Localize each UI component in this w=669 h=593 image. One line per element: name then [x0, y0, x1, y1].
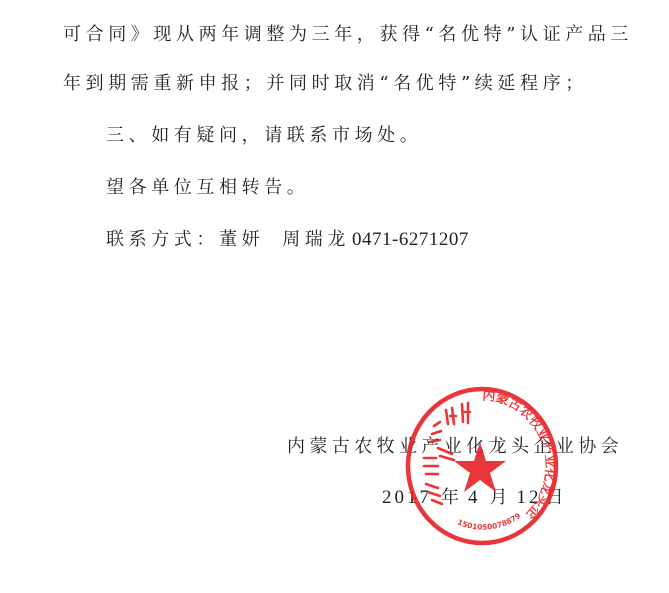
official-seal-icon: 内蒙古农牧业产业化龙头企业协会 1501050078879: [404, 386, 560, 546]
contact-label: 联系方式：: [106, 229, 219, 250]
contact-person-2: 周瑞龙: [282, 229, 350, 250]
svg-text:1501050078879: 1501050078879: [456, 511, 522, 532]
date-year: 2017: [382, 487, 432, 508]
date-year-unit: 年: [441, 487, 459, 508]
body-line-3: 三、如有疑问，请联系市场处。: [106, 124, 422, 148]
body-line-2: 年到期需重新申报；并同时取消“名优特”续延程序；: [63, 72, 588, 96]
date-day: 12: [517, 487, 542, 508]
contact-phone: 0471-6271207: [352, 229, 469, 250]
contact-person-1: 董妍: [219, 229, 264, 250]
body-line-1: 可合同》现从两年调整为三年，获得“名优特”认证产品三: [63, 23, 633, 47]
body-line-4: 望各单位互相转告。: [106, 176, 309, 200]
date-day-unit: 日: [546, 487, 564, 508]
document-page: 可合同》现从两年调整为三年，获得“名优特”认证产品三 年到期需重新申报；并同时取…: [0, 0, 669, 593]
signature-date: 2017年4月12日: [382, 486, 573, 510]
date-month-unit: 月: [490, 487, 508, 508]
seal-serial: 1501050078879: [456, 511, 522, 532]
date-month: 4: [468, 487, 481, 508]
signature-organization: 内蒙古农牧业产业化龙头企业协会: [287, 435, 623, 459]
contact-line: 联系方式：董妍周瑞龙0471-6271207: [106, 228, 469, 252]
